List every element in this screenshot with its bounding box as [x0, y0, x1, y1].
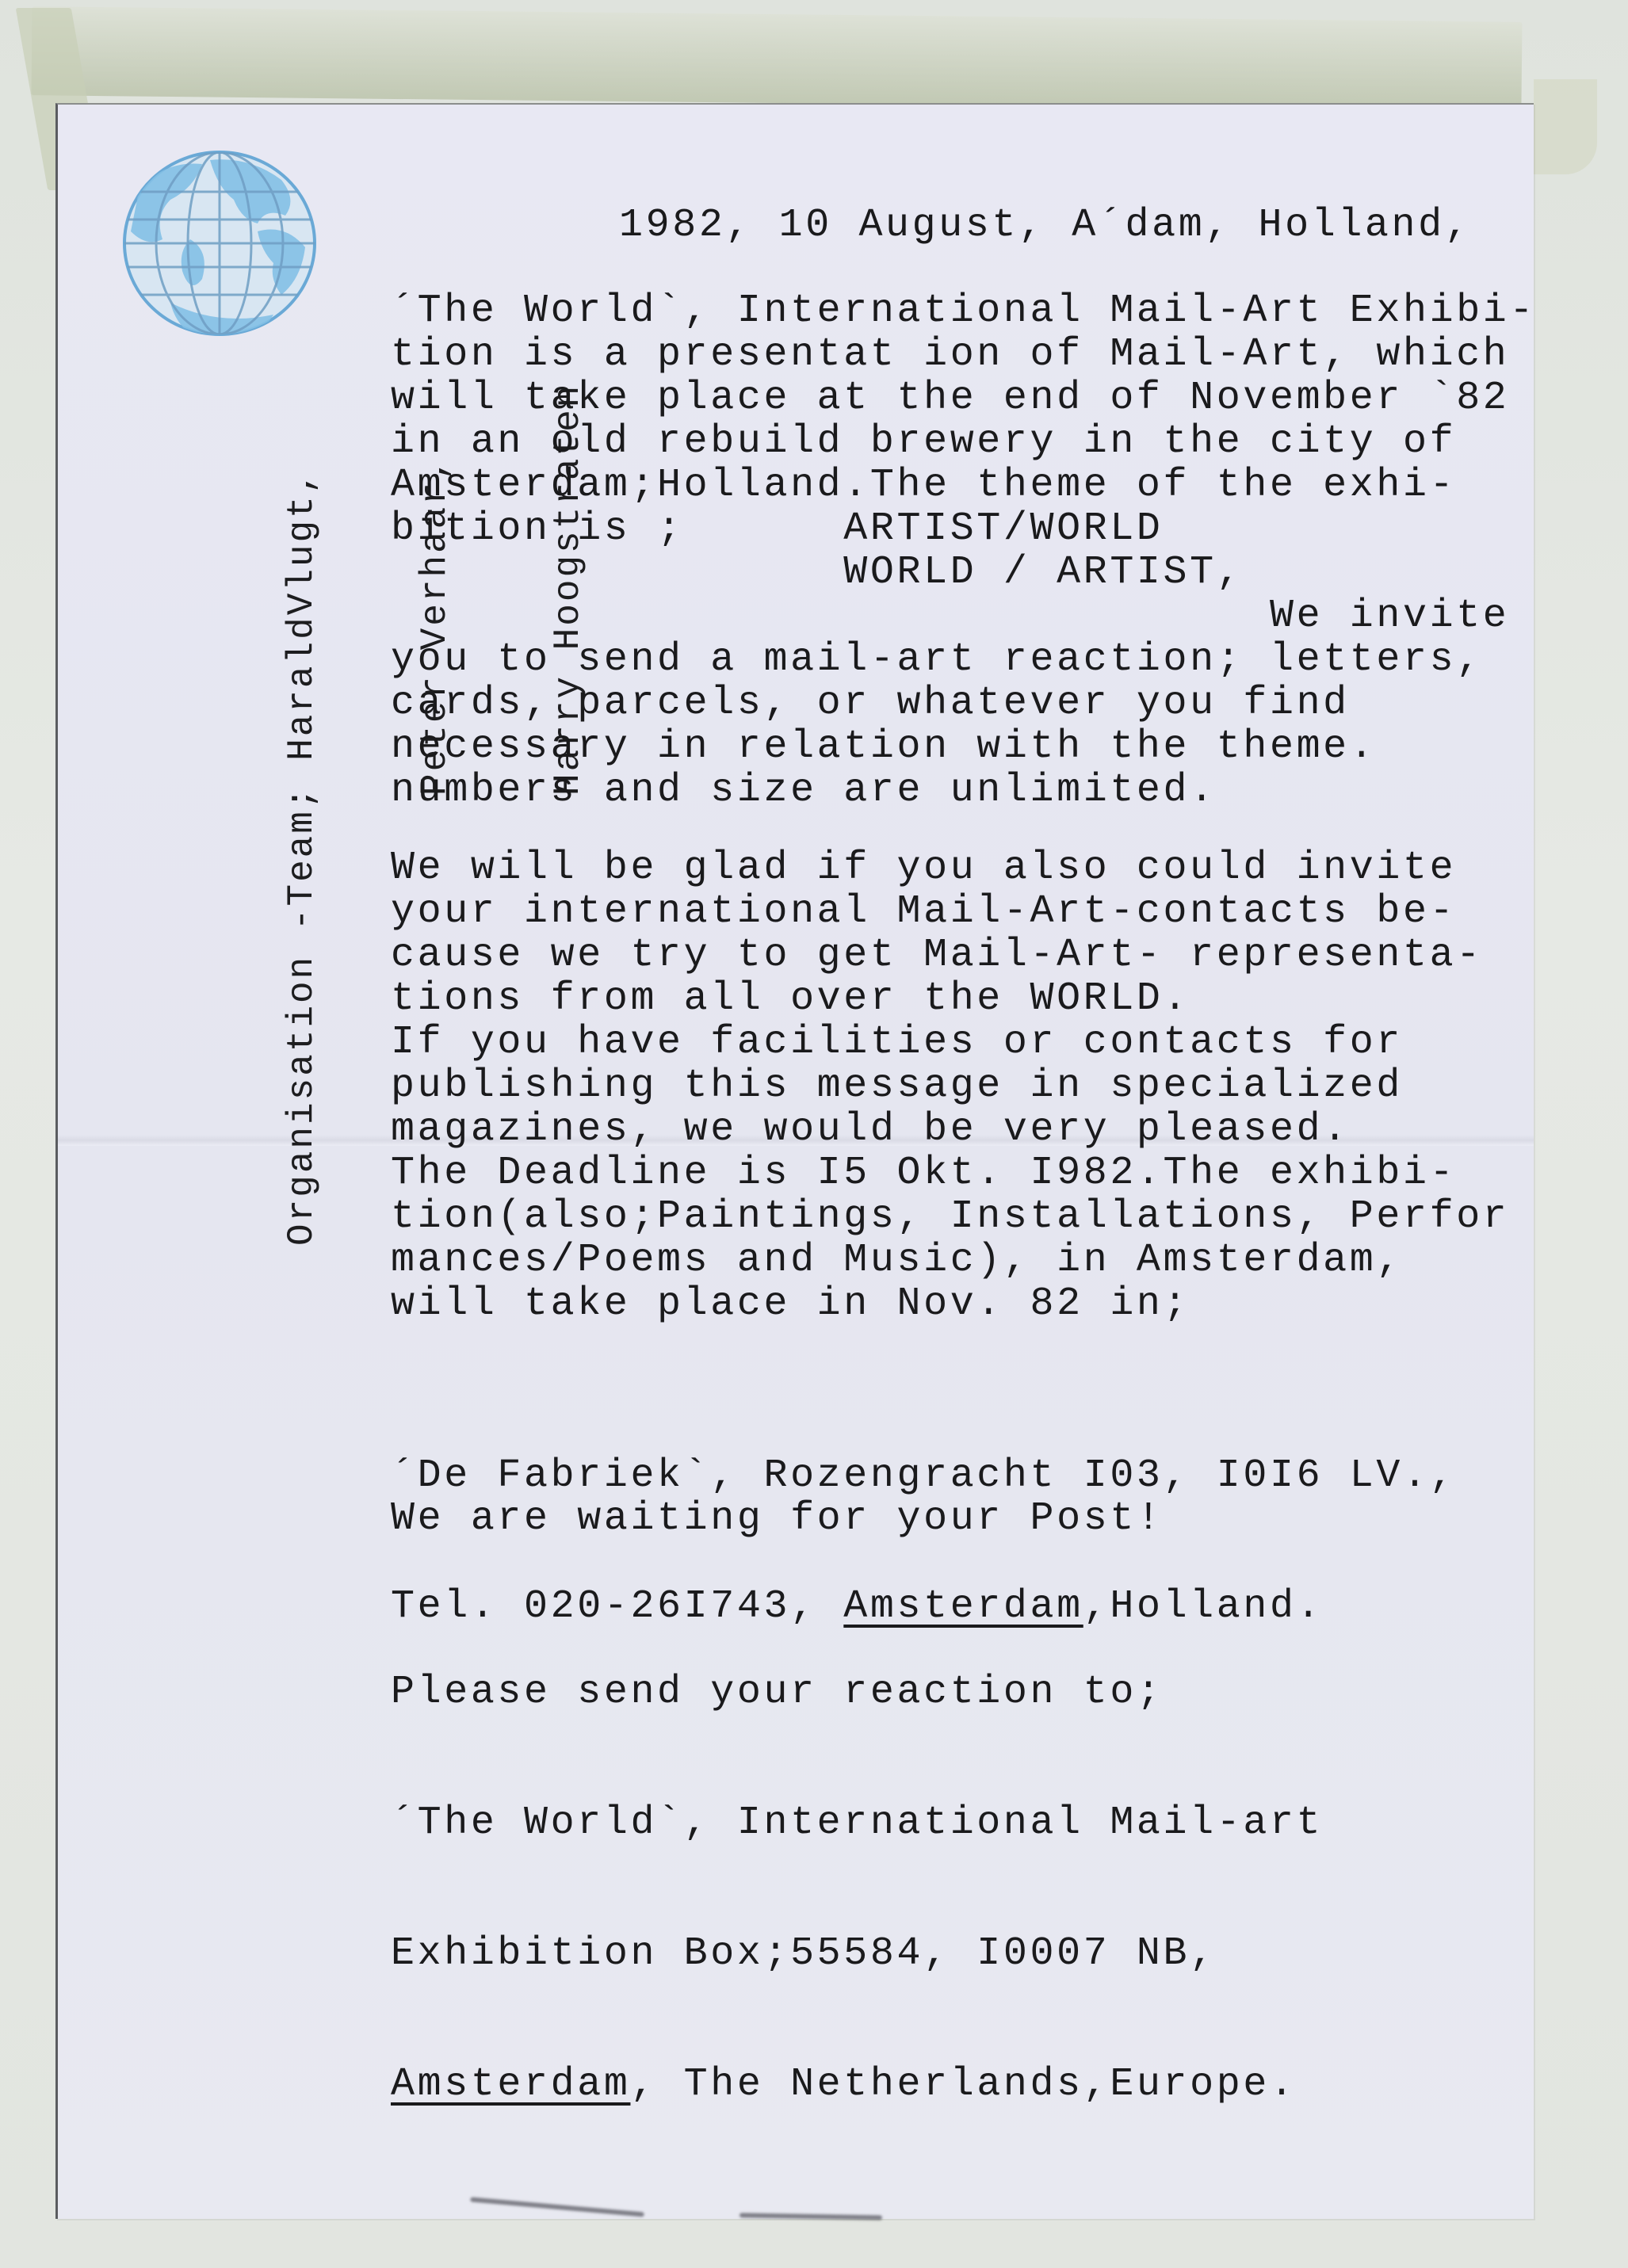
intro-paragraph: ´The World`, International Mail-Art Exhi… [391, 289, 1536, 812]
intro-line: ´The World`, International Mail-Art Exhi… [391, 289, 1536, 333]
address-line-1: Please send your reaction to; [391, 1670, 1323, 1714]
intro-line: bition is ; ARTIST/WORLD [391, 507, 1536, 551]
invite-line: The Deadline is I5 Okt. I982.The exhibi- [391, 1151, 1509, 1195]
intro-line: We invite [391, 594, 1536, 638]
invite-line: If you have facilities or contacts for [391, 1021, 1509, 1064]
intro-line: WORLD / ARTIST, [391, 551, 1536, 594]
invite-paragraph: We will be glad if you also could invite… [391, 846, 1509, 1326]
adhesive-tape-right [1534, 79, 1597, 174]
address-line-2: ´The World`, International Mail-art [391, 1801, 1323, 1845]
intro-line: numbers and size are unlimited. [391, 769, 1536, 812]
address-line-4: Amsterdam, The Netherlands,Europe. [391, 2063, 1323, 2106]
invite-line: tions from all over the WORLD. [391, 977, 1509, 1021]
closing-line: We are waiting for your Post! [391, 1497, 1164, 1541]
intro-line: in an old rebuild brewery in the city of [391, 420, 1536, 464]
intro-line: cards, parcels, or whatever you find [391, 682, 1536, 725]
invite-line: your international Mail-Art-contacts be- [391, 890, 1509, 934]
date-line: 1982, 10 August, A´dam, Holland, [619, 204, 1471, 247]
intro-line: Amsterdam;Holland.The theme of the exhi- [391, 464, 1536, 507]
intro-line: tion is a presentat ion of Mail-Art, whi… [391, 333, 1536, 376]
invite-line: publishing this message in specialized [391, 1064, 1509, 1108]
invite-line: will take place in Nov. 82 in; [391, 1282, 1509, 1326]
invite-line: cause we try to get Mail-Art- representa… [391, 934, 1509, 977]
address-line-3: Exhibition Box;55584, I0007 NB, [391, 1932, 1323, 1976]
adhesive-tape-top [31, 6, 1522, 111]
sidebar-line-1: Organisation -Team; HaraldVlugt, [280, 192, 324, 1246]
venue-line-1: ´De Fabriek`, Rozengracht I03, I0I6 LV., [391, 1454, 1456, 1498]
ink-smudge [470, 2197, 644, 2216]
invite-line: We will be glad if you also could invite [391, 846, 1509, 890]
return-address: Please send your reaction to; ´The World… [391, 1583, 1323, 2194]
invite-line: magazines, we would be very pleased. [391, 1108, 1509, 1151]
letter-page: Organisation -Team; HaraldVlugt, Peter V… [55, 103, 1534, 2219]
intro-line: will take place at the end of November `… [391, 376, 1536, 420]
intro-line: necessary in relation with the theme. [391, 725, 1536, 769]
intro-line: you to send a mail-art reaction; letters… [391, 638, 1536, 682]
invite-line: tion(also;Paintings, Installations, Perf… [391, 1195, 1509, 1239]
invite-line: mances/Poems and Music), in Amsterdam, [391, 1239, 1509, 1282]
address-city: Amsterdam [391, 2062, 630, 2107]
